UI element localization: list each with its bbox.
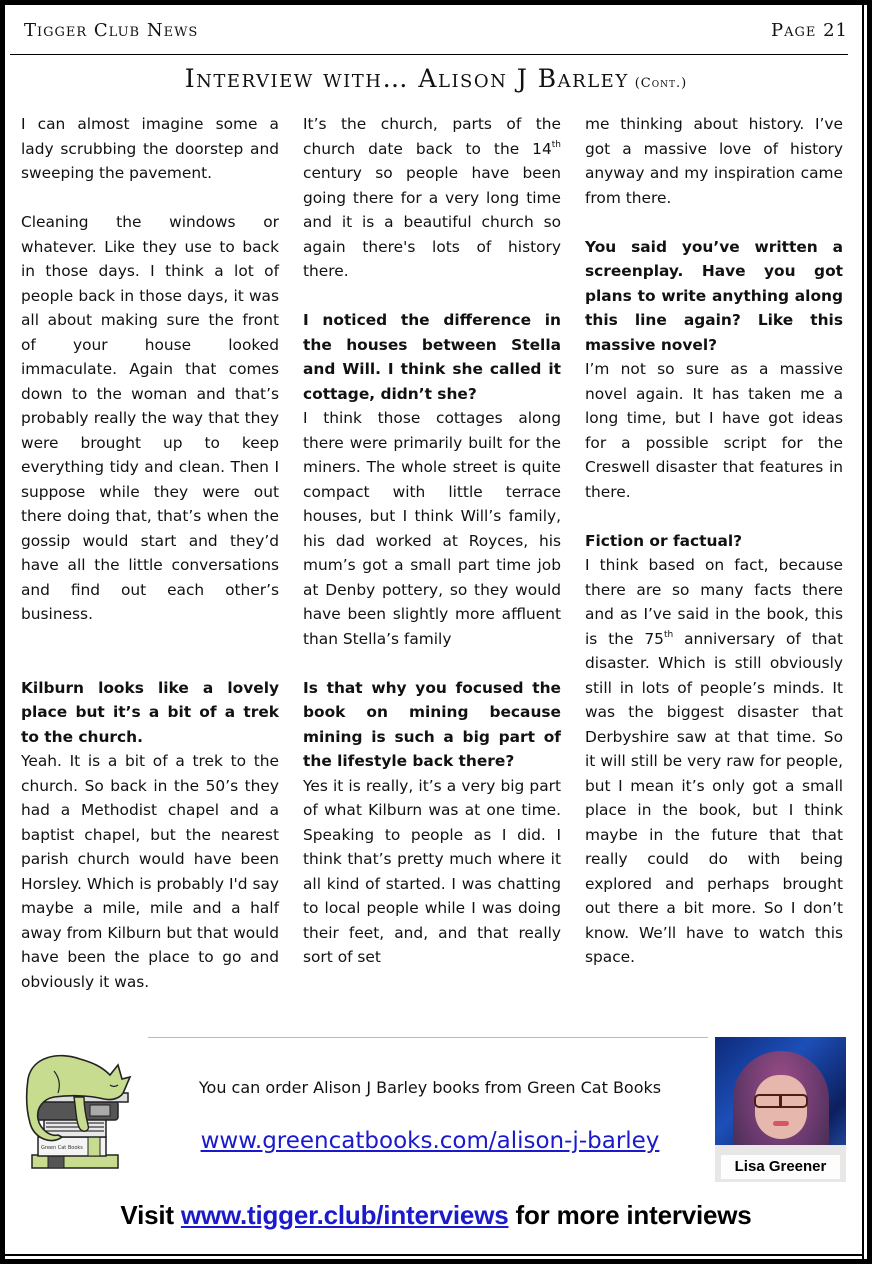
- order-books-text: You can order Alison J Barley books from…: [150, 1078, 710, 1097]
- article-title-text: Interview with… Alison J Barley: [185, 64, 629, 93]
- footer-cta: Visit www.tigger.club/interviews for mor…: [0, 1200, 872, 1231]
- answer-paragraph: I can almost imagine some a lady scrubbi…: [21, 112, 279, 186]
- interview-question: Kilburn looks like a lovely place but it…: [21, 676, 279, 750]
- article-column-1: I can almost imagine some a lady scrubbi…: [21, 112, 279, 994]
- page-border-top: [0, 0, 872, 5]
- greencatbooks-link[interactable]: www.greencatbooks.com/alison-j-barley: [150, 1128, 710, 1154]
- publication-name: Tigger Club News: [24, 20, 198, 41]
- ordinal-superscript: th: [552, 140, 561, 150]
- lisa-greener-photo: Lisa Greener: [715, 1037, 846, 1182]
- header-divider: [10, 54, 848, 55]
- portrait-lips: [773, 1121, 789, 1126]
- answer-paragraph: Cleaning the windows or whatever. Like t…: [21, 210, 279, 627]
- svg-text:Green Cat Books: Green Cat Books: [41, 1145, 83, 1151]
- footer-suffix: for more interviews: [516, 1200, 752, 1230]
- interview-question: Fiction or factual?: [585, 529, 843, 554]
- ordinal-superscript: th: [664, 630, 673, 640]
- article-title-suffix: (Cont.): [635, 76, 687, 91]
- interview-question: Is that why you focused the book on mini…: [303, 676, 561, 774]
- interview-question: I noticed the difference in the houses b…: [303, 308, 561, 406]
- answer-paragraph: I’m not so sure as a massive novel again…: [585, 357, 843, 504]
- interview-question: You said you’ve written a screenplay. Ha…: [585, 235, 843, 358]
- cat-on-books-icon: Green Cat Books: [18, 1045, 136, 1170]
- answer-paragraph: Yes it is really, it’s a very big part o…: [303, 774, 561, 970]
- answer-paragraph: Yeah. It is a bit of a trek to the churc…: [21, 749, 279, 994]
- photo-caption: Lisa Greener: [721, 1155, 840, 1179]
- article-title: Interview with… Alison J Barley(Cont.): [0, 64, 872, 93]
- running-header: Tigger Club News Page 21: [24, 20, 848, 44]
- glasses-icon: [754, 1094, 808, 1108]
- page-border-bottom: [0, 1259, 872, 1264]
- answer-paragraph: I think based on fact, because there are…: [585, 553, 843, 970]
- green-cat-books-logo: Green Cat Books: [18, 1045, 136, 1170]
- page-border-right: [867, 0, 872, 1264]
- answer-paragraph: me thinking about history. I’ve got a ma…: [585, 112, 843, 210]
- article-column-2: It’s the church, parts of the church dat…: [303, 112, 561, 970]
- page-border-left: [0, 0, 5, 1264]
- answer-paragraph: It’s the church, parts of the church dat…: [303, 112, 561, 284]
- page-border-bottom-inner: [5, 1254, 864, 1256]
- tigger-interviews-link[interactable]: www.tigger.club/interviews: [181, 1200, 509, 1230]
- page-border-right-inner: [862, 5, 864, 1259]
- promo-divider: [148, 1037, 708, 1038]
- answer-paragraph: I think those cottages along there were …: [303, 406, 561, 651]
- article-column-3: me thinking about history. I’ve got a ma…: [585, 112, 843, 970]
- page-number: Page 21: [771, 20, 848, 41]
- footer-prefix: Visit: [120, 1200, 173, 1230]
